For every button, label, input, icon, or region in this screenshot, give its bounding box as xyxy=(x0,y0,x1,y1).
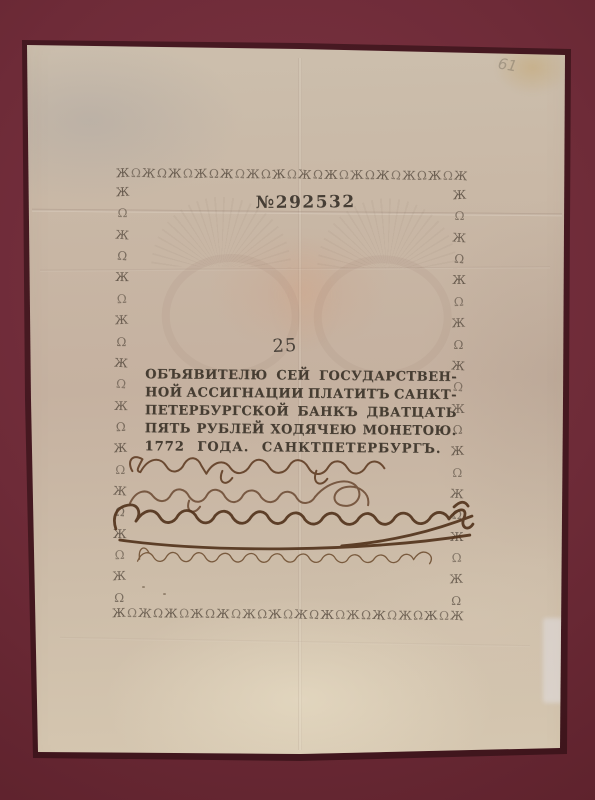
border-ornament-glyph: Ω xyxy=(231,608,242,621)
border-ornament-glyph: Ж xyxy=(115,271,129,283)
border-ornament-glyph: Ж xyxy=(114,356,128,369)
border-ornament-glyph: Ж xyxy=(116,186,130,199)
embossed-medallion xyxy=(313,255,452,380)
border-ornament-glyph: Ж xyxy=(320,609,334,621)
body-word: ХОДЯЧЕЮ xyxy=(270,422,357,441)
embossed-medallion xyxy=(161,253,300,378)
border-ornament-glyph: Ж xyxy=(324,169,338,181)
border-ornament-glyph: Ω xyxy=(413,609,424,622)
border-ornament-glyph: Ж xyxy=(268,608,282,621)
border-ornament-glyph: Ω xyxy=(117,250,128,263)
body-word: ГОСУДАРСТВЕН- xyxy=(319,369,457,388)
body-word: САНКТ- xyxy=(394,387,457,406)
signature-stroke xyxy=(130,489,315,505)
body-word: РУБЛЕЙ xyxy=(196,422,264,441)
signatures-ink xyxy=(101,447,522,586)
border-ornament-glyph: Ω xyxy=(453,338,463,350)
border-ornament-glyph: Ω xyxy=(335,609,346,622)
border-ornament-glyph: Ω xyxy=(179,607,190,620)
border-ornament-glyph: Ж xyxy=(115,228,129,241)
signature-stroke xyxy=(130,457,385,475)
border-ornament-glyph: Ω xyxy=(439,610,449,622)
border-ornament-glyph: Ω xyxy=(361,609,371,621)
border-ornament-glyph: Ω xyxy=(115,421,126,434)
border-ornament-glyph: Ж xyxy=(376,169,390,182)
border-ornament-glyph: Ж xyxy=(428,169,442,182)
border-ornament-glyph: Ж xyxy=(112,607,126,620)
border-ornament-glyph: Ж xyxy=(242,608,256,620)
border-ornament-glyph: Ω xyxy=(283,608,293,620)
border-ornament-glyph: Ω xyxy=(118,207,128,219)
border-ornament-glyph: Ω xyxy=(455,210,465,222)
note-text: ОБЪЯВИТЕЛЮСЕЙГОСУДАРСТВЕН- НОЙАССИГНАЦИИ… xyxy=(144,367,457,460)
border-ornament-glyph: Ж xyxy=(116,167,130,180)
body-word: ПЛАТИТЪ xyxy=(308,387,390,406)
denomination-numeral: 25 xyxy=(272,335,298,357)
border-ornament-glyph: Ж xyxy=(454,169,468,182)
border-ornament-glyph: Ж xyxy=(164,607,178,619)
border-ornament-glyph: Ω xyxy=(313,168,324,181)
border-ornament-glyph: Ж xyxy=(246,168,260,180)
border-ornament-glyph: Ω xyxy=(261,168,272,181)
body-word: СЕЙ xyxy=(276,368,310,386)
body-word: ПЯТЬ xyxy=(145,421,191,439)
border-ornament-glyph: Ω xyxy=(454,295,465,308)
border-ornament-glyph: Ж xyxy=(115,314,129,327)
photo-backdrop: 61 ЖΩЖΩЖΩЖΩЖΩЖΩЖΩЖΩЖΩЖΩЖΩЖΩЖΩЖ ЖΩЖΩЖΩЖΩЖ… xyxy=(0,0,595,800)
serial-number: №292532 xyxy=(256,192,356,213)
body-line-3: ПЕТЕРБУРГСКОЙБАНКЪДВАТЦАТЬ xyxy=(145,403,457,424)
border-ornament-glyph: Ж xyxy=(452,317,466,330)
border-ornament-glyph: Ω xyxy=(131,167,141,179)
border-ornament-glyph: Ж xyxy=(350,169,364,182)
border-ornament-glyph: Ж xyxy=(114,400,128,412)
body-word: БАНКЪ xyxy=(297,405,358,424)
border-ornament-glyph: Ж xyxy=(372,609,386,622)
border-ornament-glyph: Ж xyxy=(216,607,230,620)
border-ornament-glyph: Ж xyxy=(272,168,286,181)
border-ornament-glyph: Ж xyxy=(168,167,182,179)
border-ornament-glyph: Ω xyxy=(114,592,124,604)
border-ornament-glyph: Ω xyxy=(339,169,350,182)
border-ornament-glyph: Ж xyxy=(450,609,464,622)
border-ornament-glyph: Ω xyxy=(387,609,398,622)
banknote-face: ЖΩЖΩЖΩЖΩЖΩЖΩЖΩЖΩЖΩЖΩЖΩЖΩЖΩЖ ЖΩЖΩЖΩЖΩЖΩЖΩ… xyxy=(0,0,595,800)
signature-line-4 xyxy=(138,548,432,564)
border-ornament-glyph: Ж xyxy=(452,231,466,244)
border-ornament-glyph: Ω xyxy=(117,293,128,306)
border-ornament-glyph: Ω xyxy=(365,169,375,181)
border-ornament-glyph: Ω xyxy=(182,167,193,180)
signature-stroke xyxy=(315,481,368,506)
border-ornament-glyph: Ω xyxy=(257,608,268,621)
border-ornament-glyph: Ω xyxy=(116,378,127,391)
border-ornament-glyph: Ж xyxy=(138,607,152,620)
border-ornament-glyph: Ω xyxy=(417,169,428,182)
body-word: ДВАТЦАТЬ xyxy=(366,405,457,424)
border-ornament-glyph: Ж xyxy=(194,167,208,180)
border-ornament-glyph: Ω xyxy=(127,607,137,619)
signature-stroke xyxy=(414,552,432,564)
border-bottom-row: ЖΩЖΩЖΩЖΩЖΩЖΩЖΩЖΩЖΩЖΩЖΩЖΩЖΩЖ xyxy=(112,607,464,622)
border-ornament-glyph: Ж xyxy=(294,608,308,621)
border-ornament-glyph: Ω xyxy=(205,608,215,620)
border-ornament-glyph: Ω xyxy=(209,168,219,180)
signature-stroke xyxy=(138,552,414,564)
border-ornament-glyph: Ω xyxy=(156,167,167,180)
border-ornament-glyph: Ж xyxy=(453,189,467,202)
border-ornament-glyph: Ω xyxy=(309,608,320,621)
border-ornament-glyph: Ж xyxy=(190,607,204,620)
signature-line-2 xyxy=(130,480,369,514)
border-ornament-glyph: Ж xyxy=(402,169,416,181)
border-ornament-glyph: Ж xyxy=(424,609,438,622)
border-top-row: ЖΩЖΩЖΩЖΩЖΩЖΩЖΩЖΩЖΩЖΩЖΩЖΩЖΩЖ xyxy=(116,167,468,182)
border-ornament-glyph: Ω xyxy=(234,168,245,181)
signature-stroke xyxy=(114,505,449,532)
border-ornament-glyph: Ω xyxy=(287,168,297,180)
border-ornament-glyph: Ω xyxy=(152,607,163,620)
signature-line-3 xyxy=(114,499,473,550)
border-ornament-glyph: Ж xyxy=(346,609,360,622)
signature-line-1 xyxy=(130,457,385,484)
border-ornament-glyph: Ω xyxy=(443,170,453,182)
body-word: ПЕТЕРБУРГСКОЙ xyxy=(145,403,289,422)
border-ornament-glyph: Ω xyxy=(116,335,126,347)
border-ornament-glyph: Ω xyxy=(451,595,461,607)
border-ornament-glyph: Ж xyxy=(298,168,312,181)
border-ornament-glyph: Ж xyxy=(452,274,466,286)
banknote-sheet: 61 ЖΩЖΩЖΩЖΩЖΩЖΩЖΩЖΩЖΩЖΩЖΩЖΩЖΩЖ ЖΩЖΩЖΩЖΩЖ… xyxy=(0,0,595,800)
border-ornament-glyph: Ж xyxy=(142,167,156,180)
border-ornament-glyph: Ж xyxy=(398,609,412,621)
border-ornament-glyph: Ж xyxy=(220,167,234,180)
body-word: АССИГНАЦИИ xyxy=(186,386,304,405)
border-ornament-glyph: Ω xyxy=(391,169,402,182)
body-word: НОЙ xyxy=(145,385,183,403)
body-word: МОНЕТОЮ. xyxy=(362,423,456,442)
body-word: ОБЪЯВИТЕЛЮ xyxy=(145,367,268,386)
